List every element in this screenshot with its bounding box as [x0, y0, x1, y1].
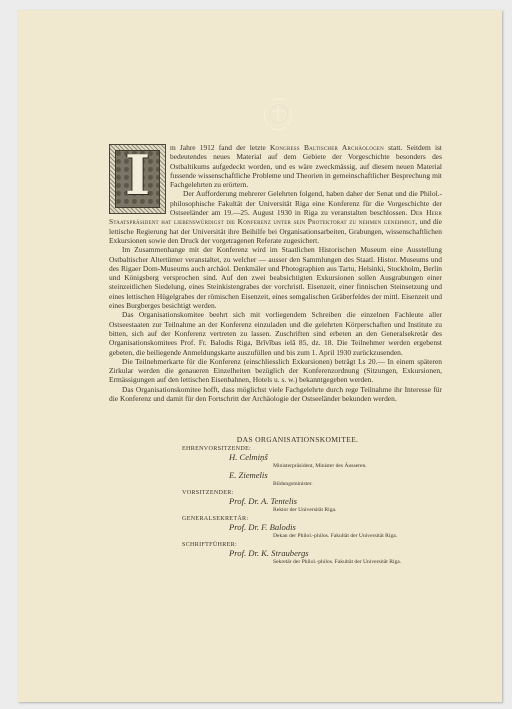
- paragraph-fee: Die Teilnehmerkarte für die Konferenz (e…: [109, 357, 442, 385]
- dropcap-letter: I: [110, 147, 165, 203]
- coat-of-arms-emblem-icon: [258, 95, 298, 135]
- paragraph-closing: Das Organisationskomitee hofft, dass mög…: [109, 385, 442, 404]
- member-title: Dekan der Philol.-philos. Fakultät der U…: [273, 533, 442, 540]
- letter-body: I m Jahre 1912 fand der letzte Kongress …: [109, 143, 442, 403]
- paragraph-exhibition: Im Zusammenhange mit der Konferenz wird …: [109, 245, 442, 310]
- member-title: Sekretär der Philol.-philos. Fakultät de…: [273, 559, 442, 566]
- organizing-committee: DAS ORGANISATIONSKOMITEE. EHRENVORSITZEN…: [109, 435, 442, 566]
- member-title: Ministerpräsident, Minister des Äusseren…: [273, 463, 442, 470]
- paragraph-invitation: Das Organisationskomitee beehrt sich mit…: [109, 310, 442, 356]
- committee-heading: DAS ORGANISATIONSKOMITEE.: [153, 435, 442, 444]
- member-title: Bildungsminister.: [273, 481, 442, 488]
- member-name: H. Celmiņš: [229, 452, 442, 463]
- decorative-dropcap-initial: I: [109, 144, 166, 214]
- member-name: Prof. Dr. K. Straubergs: [229, 548, 442, 559]
- member-title: Rektor der Universität Riga.: [273, 507, 442, 514]
- member-name: E. Ziemelis: [229, 470, 442, 481]
- congress-name: Kongress Baltischer Archäologen: [270, 143, 384, 152]
- member-name: Prof. Dr. F. Balodis: [229, 522, 442, 533]
- member-name: Prof. Dr. A. Tentelis: [229, 496, 442, 507]
